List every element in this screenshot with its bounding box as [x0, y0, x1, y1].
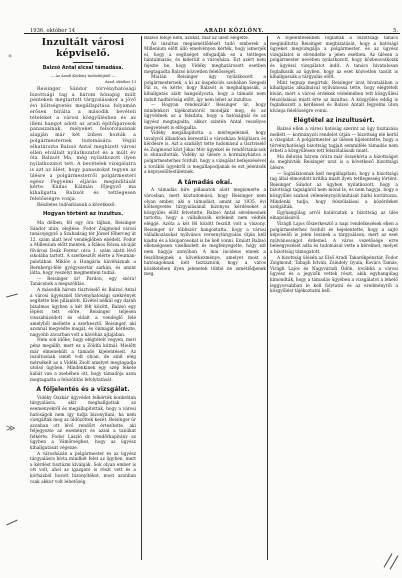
section-heading: A följelentés és a vizsgálat.: [30, 387, 136, 393]
header-rule: [24, 33, 400, 34]
margin-mark: «: [8, 52, 12, 60]
lead-closing: Részletes tudósításunk a következő:: [30, 203, 136, 209]
section-heading: Elégtétel az inzultusért.: [270, 118, 398, 124]
title-rule: [73, 62, 93, 63]
margin-mark: ≫: [6, 424, 15, 434]
paragraph: — Hogyan rendezzük? Reisinger úr, hogy m…: [144, 103, 266, 131]
column-3: A főjelentésekben foglaltak a bizottsági…: [270, 36, 398, 560]
paragraph: — Sajnálatosnak kell megállapítani, hogy…: [270, 172, 398, 211]
paragraph: Mint tegnap megírtuk, Reisinger úrat hiv…: [270, 81, 398, 115]
article-title: Inzultált városi képviselő.: [30, 37, 136, 59]
paragraph: Nem sok időbe, hogy elégtételt vegyen, m…: [30, 338, 136, 383]
article-subtitle: Balzsó Antal elcsal támadása.: [30, 66, 136, 72]
column-rule: [267, 36, 268, 560]
paragraph: A második három tisztviselő és Balzsó An…: [30, 288, 136, 338]
section-heading: Hogyan történt az inzultus.: [30, 212, 136, 218]
paragraph: — Reisinger úr! Pardon, egy szóra! Tanác…: [30, 277, 136, 288]
paragraph: Az inzultus megismétlődését tudó emberek…: [144, 42, 266, 76]
newspaper-page: 1936. október 14 ARADI KÖZLÖNY. 5. Inzul…: [0, 0, 402, 578]
paragraph: Miután Reisinger úgy nyilatkozott a polg…: [144, 75, 266, 103]
paragraph: Balzsó ellen a városi hatóság szerint az…: [270, 127, 398, 155]
dateline: Arad, október 13: [30, 80, 136, 86]
byline: — Az Aradi Közlöny tudósítójától —: [30, 74, 136, 80]
paragraph: A bizottság ülésén az Első Aradi Takarék…: [270, 256, 398, 295]
paragraph: A városházán a polgármester és az ügyész…: [30, 452, 136, 486]
paragraph: A támadás híre pillanatok alatt megismer…: [144, 188, 266, 278]
paragraph: Virágh Lajos főszerkesztő a napi rendelk…: [270, 222, 398, 256]
column-2: Balzsó felője nem, azokat, már az ülést …: [144, 36, 266, 560]
paragraph: A főjelentésekben foglaltak a bizottsági…: [270, 36, 398, 81]
paragraph: Ma délben, fél egy óra tájban, Reisinger…: [30, 221, 136, 277]
paragraph: Balzsó felője nem, azokat, már az ülést …: [144, 36, 266, 42]
paragraph: Vidéky megállapította a mérlegelésnél, h…: [144, 131, 266, 176]
paragraph: Egyhangúlag arról határoztak a bizottság…: [270, 211, 398, 222]
paragraph: Vidéky Oszkár ügyvédet felkérték konkrét…: [30, 396, 136, 452]
column-rule: [141, 36, 142, 560]
column-1: Inzultált városi képviselő. Balzsó Antal…: [30, 36, 136, 566]
paragraph: Ma délután három órára már összehívta a …: [270, 155, 398, 172]
margin-scratch: [6, 293, 18, 297]
margin-scratch: [6, 520, 17, 526]
section-heading: A támadás okai.: [144, 180, 266, 186]
lead-paragraph: Reisinger Sándor törvényhatósági bizotts…: [30, 87, 136, 203]
